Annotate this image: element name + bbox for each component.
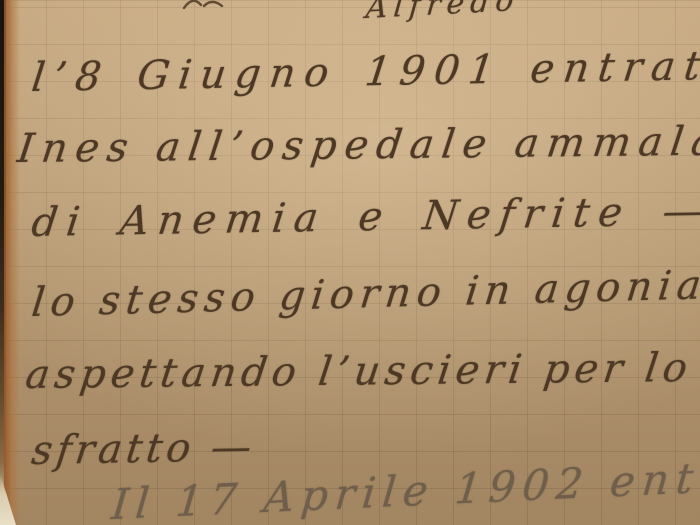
cropped-ink-stroke [182, 0, 224, 11]
handwriting-line-5: aspettando l’uscieri per lo [23, 345, 695, 398]
handwriting-line-2: Ines all’ospedale ammalata [15, 118, 700, 172]
handwriting-line-6: sfratto — [29, 424, 258, 474]
page-left-fore-edge [4, 0, 20, 525]
manuscript-photo: Alfredo l’8 Giugno 1901 entrata Ines all… [0, 0, 700, 525]
